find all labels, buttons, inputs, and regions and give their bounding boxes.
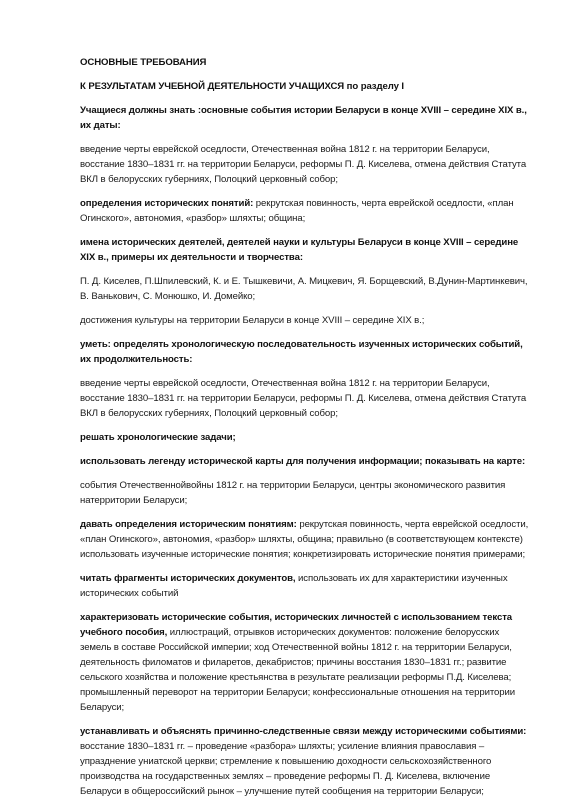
- requirement-heading: устанавливать и объяснять причинно-следс…: [80, 726, 526, 737]
- requirement-paragraph: устанавливать и объяснять причинно-следс…: [80, 724, 530, 799]
- requirement-text: П. Д. Киселев, П.Шпилевский, К. и Е. Тыш…: [80, 276, 527, 302]
- requirement-heading: Учащиеся должны знать :основные события …: [80, 105, 527, 131]
- requirement-paragraph: давать определения историческим понятиям…: [80, 517, 530, 562]
- requirement-paragraph: имена исторических деятелей, деятелей на…: [80, 235, 530, 265]
- requirement-paragraph: введение черты еврейской оседлости, Отеч…: [80, 376, 530, 421]
- requirement-heading: давать определения историческим понятиям…: [80, 519, 297, 530]
- requirement-paragraph: события Отечественнойвойны 1812 г. на те…: [80, 478, 530, 508]
- requirement-heading: читать фрагменты исторических документов…: [80, 573, 295, 584]
- requirement-paragraph: решать хронологические задачи;: [80, 430, 530, 445]
- requirement-paragraph: П. Д. Киселев, П.Шпилевский, К. и Е. Тыш…: [80, 274, 530, 304]
- requirement-paragraph: достижения культуры на территории Белару…: [80, 313, 530, 328]
- subtitle-text: К РЕЗУЛЬТАТАМ УЧЕБНОЙ ДЕЯТЕЛЬНОСТИ УЧАЩИ…: [80, 81, 404, 92]
- requirement-text: введение черты еврейской оседлости, Отеч…: [80, 378, 526, 419]
- document-page: ОСНОВНЫЕ ТРЕБОВАНИЯ К РЕЗУЛЬТАТАМ УЧЕБНО…: [80, 55, 530, 800]
- requirement-paragraph: Учащиеся должны знать :основные события …: [80, 103, 530, 133]
- requirement-text: события Отечественнойвойны 1812 г. на те…: [80, 480, 505, 506]
- title-text: ОСНОВНЫЕ ТРЕБОВАНИЯ: [80, 57, 206, 68]
- requirement-heading: имена исторических деятелей, деятелей на…: [80, 237, 518, 263]
- requirement-paragraph: определения исторических понятий: рекрут…: [80, 196, 530, 226]
- requirement-paragraph: читать фрагменты исторических документов…: [80, 571, 530, 601]
- requirements-list: Учащиеся должны знать :основные события …: [80, 103, 530, 799]
- requirement-paragraph: уметь: определять хронологическую послед…: [80, 337, 530, 367]
- requirement-paragraph: характеризовать исторические события, ис…: [80, 610, 530, 715]
- requirement-text: введение черты еврейской оседлости, Отеч…: [80, 144, 526, 185]
- requirement-text: восстание 1830–1831 гг. – проведение «ра…: [80, 741, 491, 797]
- requirement-paragraph: использовать легенду исторической карты …: [80, 454, 530, 469]
- document-subtitle: К РЕЗУЛЬТАТАМ УЧЕБНОЙ ДЕЯТЕЛЬНОСТИ УЧАЩИ…: [80, 79, 530, 94]
- requirement-heading: использовать легенду исторической карты …: [80, 456, 525, 467]
- document-title: ОСНОВНЫЕ ТРЕБОВАНИЯ: [80, 55, 530, 70]
- requirement-paragraph: введение черты еврейской оседлости, Отеч…: [80, 142, 530, 187]
- requirement-heading: определения исторических понятий:: [80, 198, 253, 209]
- requirement-heading: решать хронологические задачи;: [80, 432, 236, 443]
- requirement-heading: уметь: определять хронологическую послед…: [80, 339, 523, 365]
- requirement-text: достижения культуры на территории Белару…: [80, 315, 424, 326]
- requirement-text: иллюстраций, отрывков исторических докум…: [80, 627, 515, 713]
